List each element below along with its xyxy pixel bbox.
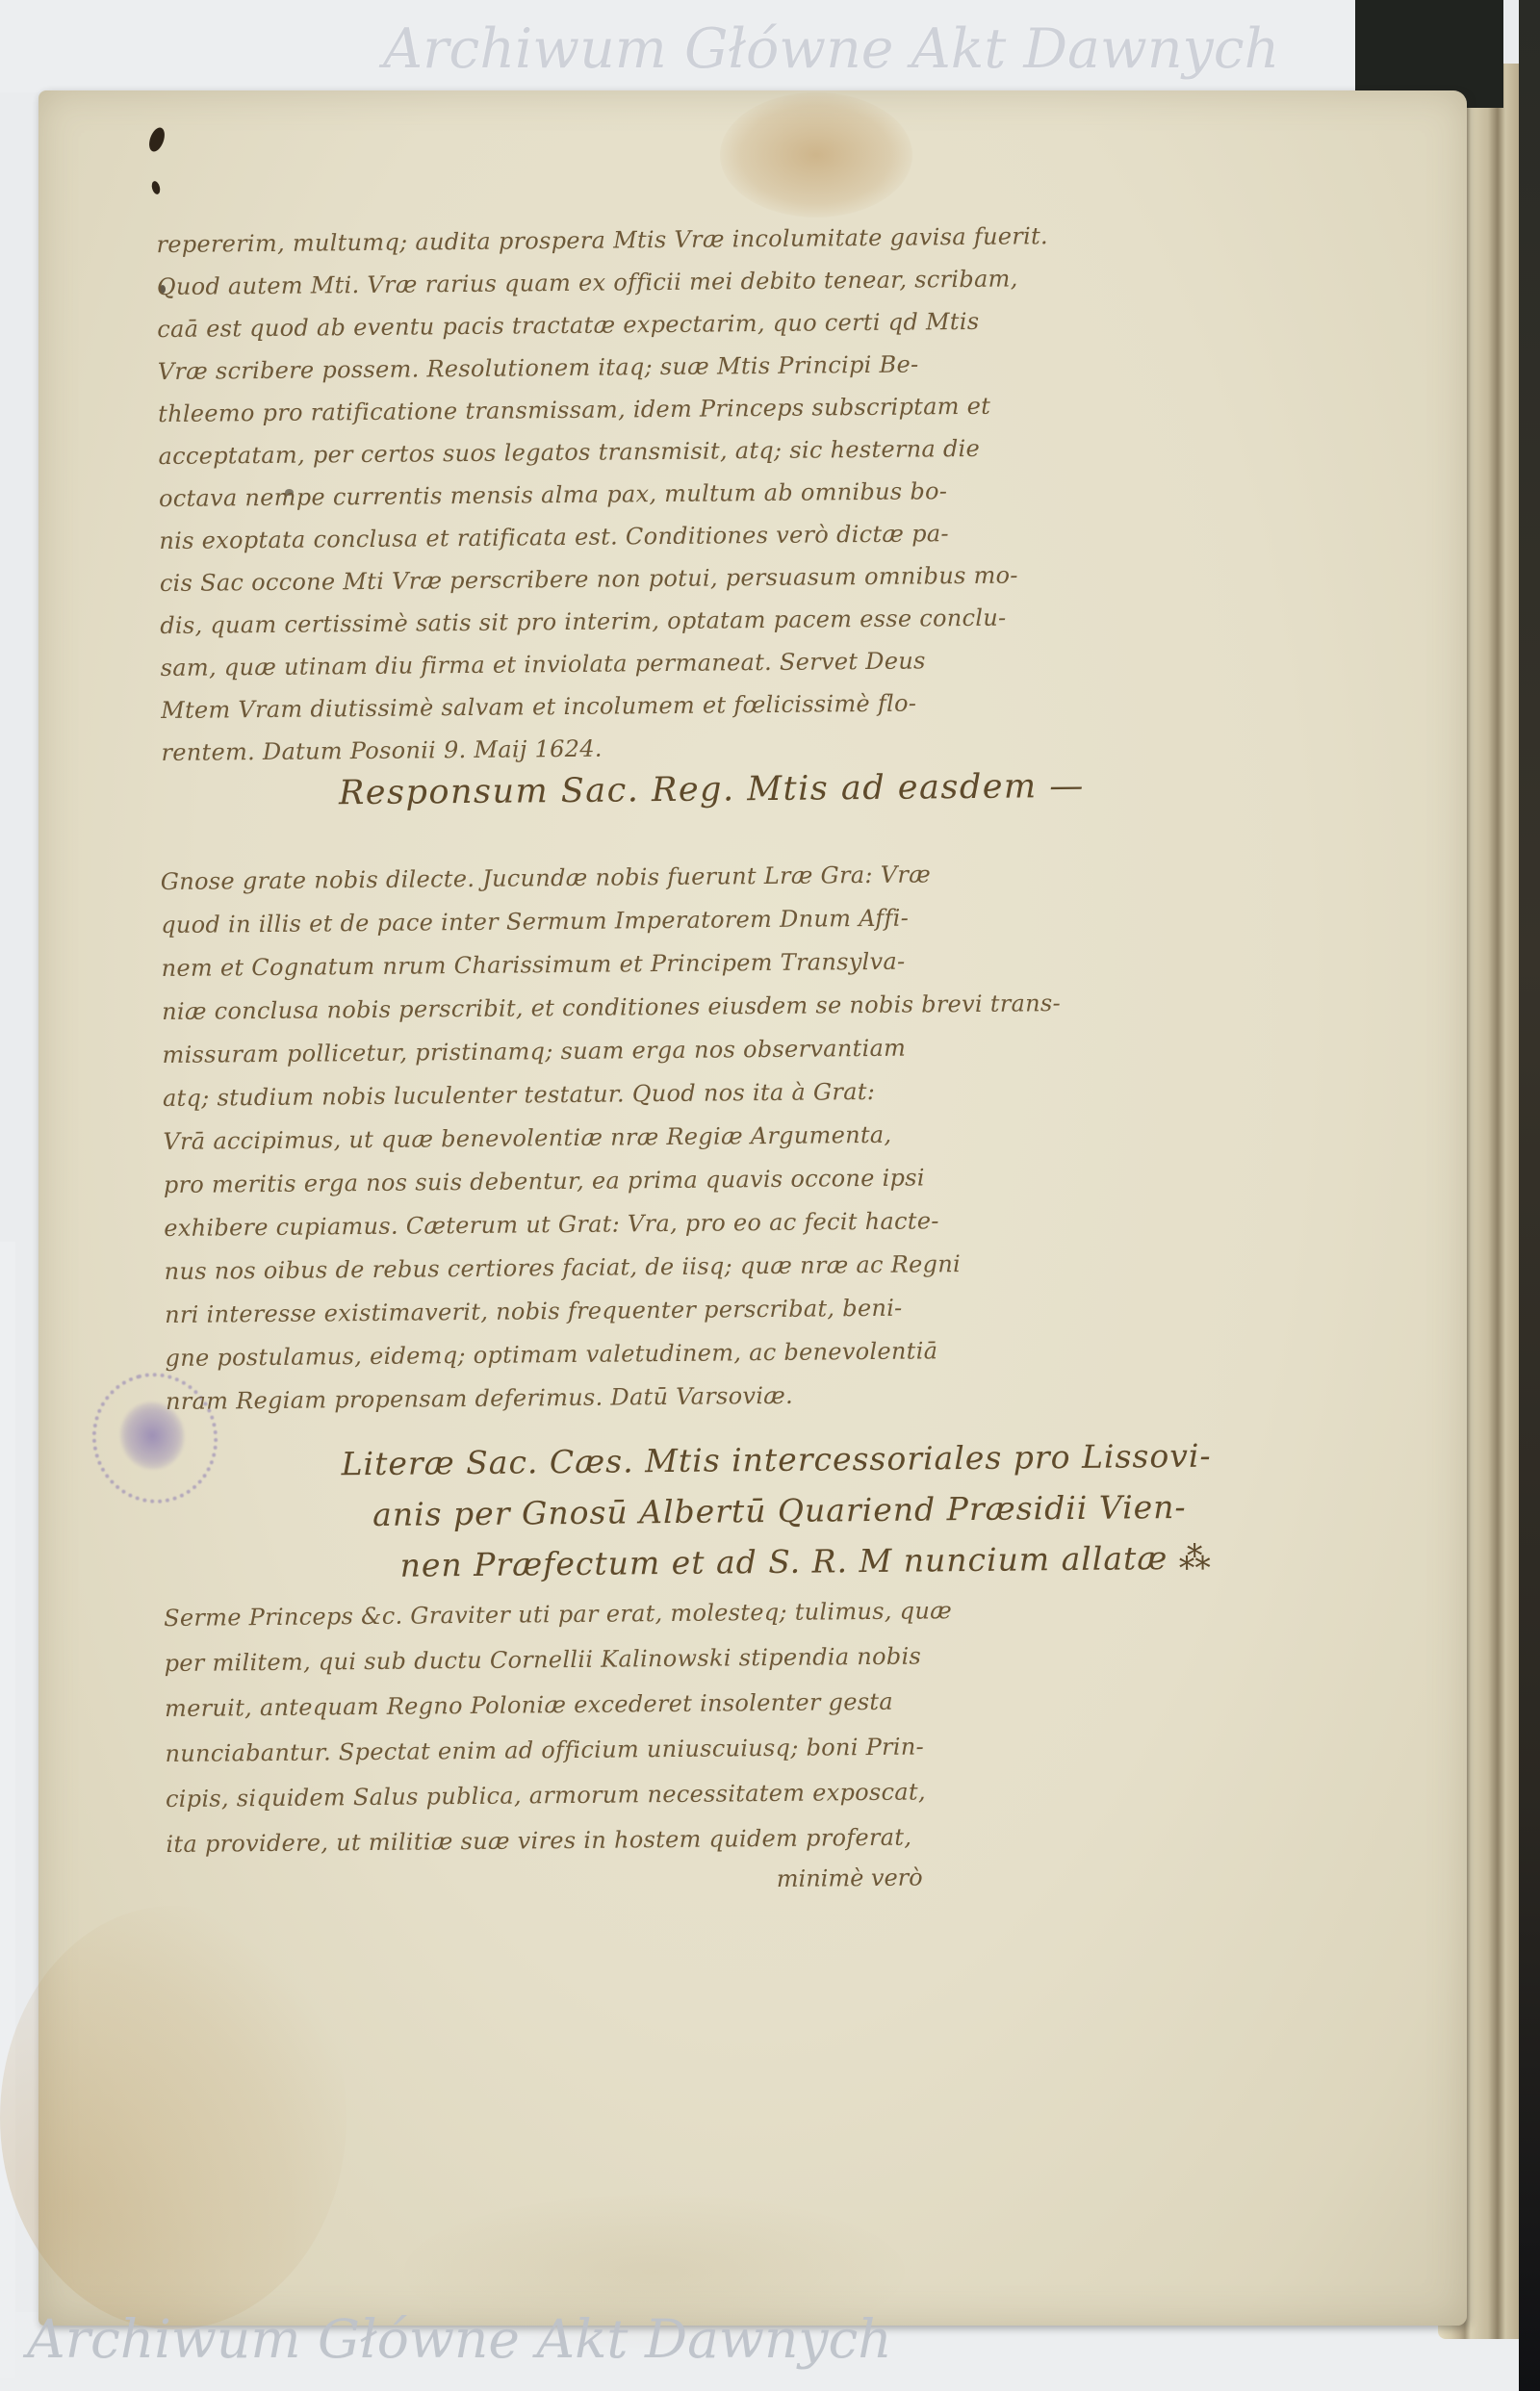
manuscript-line: Serme Princeps &c. Graviter uti par erat… bbox=[164, 1588, 952, 1641]
section-heading-literae: Literæ Sac. Cæs. Mtis intercessoriales p… bbox=[341, 1430, 1212, 1592]
heading-line: Literæ Sac. Cæs. Mtis intercessoriales p… bbox=[341, 1430, 1211, 1490]
handwritten-text-layer: repererim, multumq; audita prospera Mtis… bbox=[0, 0, 1540, 2391]
manuscript-line dateline: nram Regiam propensam deferimus. Datū Va… bbox=[166, 1372, 1065, 1424]
manuscript-line: nunciabantur. Spectat enim ad officium u… bbox=[165, 1724, 953, 1777]
letter-paragraph-2: Gnose grate nobis dilecte. Jucundæ nobis… bbox=[161, 852, 1065, 1424]
manuscript-line: meruit, antequam Regno Poloniæ excederet… bbox=[165, 1679, 953, 1732]
heading-line: anis per Gnosū Albertū Quariend Præsidii… bbox=[372, 1481, 1212, 1540]
manuscript-line: ita providere, ut militiæ suæ vires in h… bbox=[166, 1814, 954, 1867]
heading-line: nen Præfectum et ad S. R. M nuncium alla… bbox=[399, 1532, 1212, 1591]
section-heading-responsum: Responsum Sac. Reg. Mtis ad easdem — bbox=[339, 767, 1085, 812]
manuscript-line: gne postulamus, eidemq; optimam valetudi… bbox=[165, 1328, 1064, 1380]
manuscript-line: niæ conclusa nobis perscribit, et condit… bbox=[162, 982, 1061, 1034]
manuscript-line: sam, quæ utinam diu firma et inviolata p… bbox=[160, 638, 1052, 689]
manuscript-line: Gnose grate nobis dilecte. Jucundæ nobis… bbox=[161, 852, 1060, 904]
catchword: minimè verò bbox=[777, 1864, 923, 1892]
manuscript-line dateline: rentem. Datum Posonii 9. Maij 1624. bbox=[161, 723, 1053, 774]
letter-paragraph-1: repererim, multumq; audita prospera Mtis… bbox=[156, 215, 1053, 774]
manuscript-line: nus nos oibus de rebus certiores faciat,… bbox=[165, 1242, 1064, 1294]
manuscript-line: cipis, siquidem Salus publica, armorum n… bbox=[166, 1769, 954, 1822]
letter-paragraph-3: Serme Princeps &c. Graviter uti par erat… bbox=[164, 1588, 954, 1867]
manuscript-line: per militem, qui sub ductu Cornellii Kal… bbox=[164, 1633, 952, 1686]
